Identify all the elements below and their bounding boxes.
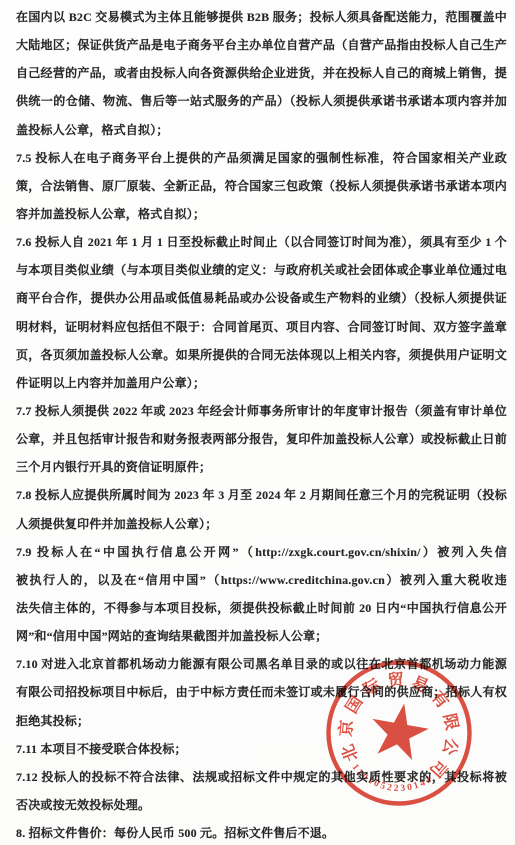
paragraph-p8: 8. 招标文件售价：每份人民币 500 元。招标文件售后不退。: [16, 819, 507, 845]
text-line: 网”和“信用中国”网站的查询结果截图并加盖投标人公章；: [16, 622, 507, 650]
text-line: 法失信主体的，不得参与本项目投标，须提供投标截止时间前 20 日内“中国执行信息…: [16, 594, 507, 622]
paragraph-p7-10: 7.10 对进入北京首都机场动力能源有限公司黑名单目录的或以往在北京首都机场动力…: [16, 650, 507, 734]
text-line: 7.6 投标人自 2021 年 1 月 1 日至投标截止时间止（以合同签订时间为…: [16, 228, 507, 256]
document-body: 在国内以 B2C 交易模式为主体且能够提供 B2B 服务；投标人须具备配送能力，…: [0, 0, 515, 845]
text-line: 件证明以上内容并加盖用户公章）；: [16, 369, 507, 397]
text-line: 策，合法销售、原厂原装、全新正品，符合国家三包政策（投标人须提供承诺书承诺本项内: [16, 172, 507, 200]
text-line: 明材料，证明材料应包括但不限于：合同首尾页、项目内容、合同签订时间、双方签字盖章: [16, 313, 507, 341]
paragraph-p7-7: 7.7 投标人须提供 2022 年或 2023 年经会计师事务所审计的年度审计报…: [16, 397, 507, 481]
text-line: 7.10 对进入北京首都机场动力能源有限公司黑名单目录的或以往在北京首都机场动力…: [16, 650, 507, 678]
text-line: 7.8 投标人应提供所属时间为 2023 年 3 月至 2024 年 2 月期间…: [16, 481, 507, 509]
text-line: 盖投标人公章，格式自拟）；: [16, 116, 507, 144]
text-line: 三个月内银行开具的资信证明原件；: [16, 453, 507, 481]
text-line: 在国内以 B2C 交易模式为主体且能够提供 B2B 服务；投标人须具备配送能力，…: [16, 3, 507, 31]
paragraph-p7-5: 7.5 投标人在电子商务平台上提供的产品须满足国家的强制性标准，符合国家相关产业…: [16, 144, 507, 228]
text-line: 页，各页须加盖投标人公章。如果所提供的合同无法体现以上相关内容，须提供用户证明文: [16, 341, 507, 369]
text-line: 容并加盖投标人公章，格式自拟）；: [16, 200, 507, 228]
text-line: 人须提供复印件并加盖投标人公章）；: [16, 510, 507, 538]
text-line: 7.12 投标人的投标不符合法律、法规或招标文件中规定的其他实质性要求的，其投标…: [16, 763, 507, 791]
text-line: 供统一的仓储、物流、售后等一站式服务的产品）（投标人须提供承诺书承诺本项内容并加: [16, 87, 507, 115]
paragraph-p7-8: 7.8 投标人应提供所属时间为 2023 年 3 月至 2024 年 2 月期间…: [16, 481, 507, 537]
paragraph-p7-6: 7.6 投标人自 2021 年 1 月 1 日至投标截止时间止（以合同签订时间为…: [16, 228, 507, 397]
text-line: 拒绝其投标；: [16, 707, 507, 735]
text-line: 大陆地区；保证供货产品是电子商务平台主办单位自营产品（自营产品指由投标人自己生产: [16, 31, 507, 59]
text-line: 被执行人的，以及在“信用中国”（https://www.creditchina.…: [16, 566, 507, 594]
paragraph-p7-12: 7.12 投标人的投标不符合法律、法规或招标文件中规定的其他实质性要求的，其投标…: [16, 763, 507, 819]
paragraph-p7-9: 7.9 投标人在“中国执行信息公开网”（http://zxgk.court.go…: [16, 538, 507, 651]
scanned-document-page: 在国内以 B2C 交易模式为主体且能够提供 B2B 服务；投标人须具备配送能力，…: [0, 0, 515, 845]
text-line: 与本项目类似业绩（与本项目类似业绩的定义：与政府机关或社会团体或企事业单位通过电: [16, 256, 507, 284]
text-line: 8. 招标文件售价：每份人民币 500 元。招标文件售后不退。: [16, 819, 507, 845]
text-line: 7.7 投标人须提供 2022 年或 2023 年经会计师事务所审计的年度审计报…: [16, 397, 507, 425]
text-line: 自己经营的产品，或者由投标人向各资源供给企业进货，并在投标人自己的商城上销售，提: [16, 59, 507, 87]
text-line: 7.11 本项目不接受联合体投标；: [16, 735, 507, 763]
text-line: 否决或按无效投标处理。: [16, 791, 507, 819]
text-line: 公章，并且包括审计报告和财务报表两部分报告，复印件加盖投标人公章）或投标截止日前: [16, 425, 507, 453]
text-line: 7.5 投标人在电子商务平台上提供的产品须满足国家的强制性标准，符合国家相关产业…: [16, 144, 507, 172]
text-line: 商平台合作，提供办公用品或低值易耗品或办公设备或生产物料的业绩）（投标人须提供证: [16, 284, 507, 312]
text-line: 7.9 投标人在“中国执行信息公开网”（http://zxgk.court.go…: [16, 538, 507, 566]
text-line: 有限公司招投标项目中标后，由于中标方责任而未签订或未履行合同的供应商；招标人有权: [16, 678, 507, 706]
paragraph-p7-11: 7.11 本项目不接受联合体投标；: [16, 735, 507, 763]
paragraph-p74-continuation: 在国内以 B2C 交易模式为主体且能够提供 B2B 服务；投标人须具备配送能力，…: [16, 3, 507, 144]
